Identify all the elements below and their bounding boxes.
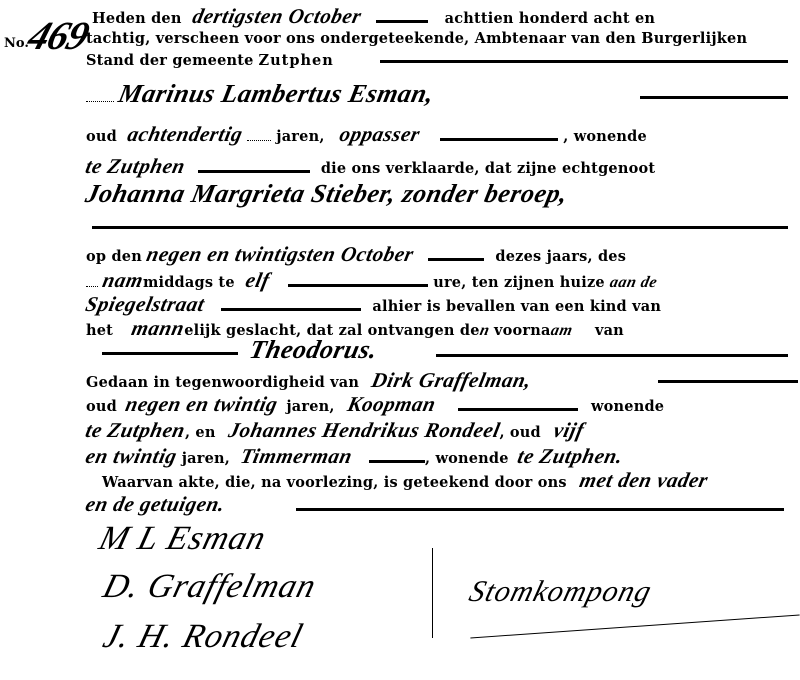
fill-rule xyxy=(376,10,428,23)
child-sex: mann xyxy=(130,318,186,338)
fill-dots xyxy=(86,272,98,287)
printed-text: oud xyxy=(86,398,117,415)
signature-witness-2: J. H. Rondeel xyxy=(99,618,307,656)
printed-text: die ons verklaarde, dat zijne echtgenoot xyxy=(321,160,655,177)
line-16: en twintig jaren, Timmerman , wonende te… xyxy=(86,446,622,469)
signature-registrar: Stomkompong xyxy=(465,575,655,609)
fill-dots xyxy=(86,87,114,102)
fill-dots xyxy=(247,126,271,141)
birth-hour: elf xyxy=(244,270,272,290)
printed-text: dezes jaars, des xyxy=(495,248,626,265)
line-7: Johanna Margrieta Stieber, zonder beroep… xyxy=(86,184,567,207)
witness-2-name: Johannes Hendrikus Rondeel xyxy=(226,420,501,440)
fill-rule xyxy=(640,96,788,99)
line-6: te Zutphen die ons verklaarde, dat zijne… xyxy=(86,156,655,179)
fill-rule xyxy=(102,352,238,355)
printed-text: het xyxy=(86,322,113,339)
certificate-page: No. 469 Heden den dertigsten October ach… xyxy=(0,0,800,680)
printed-text: alhier is bevallen van een kind van xyxy=(372,298,661,315)
line-14: oud negen en twintig jaren, Koopman wone… xyxy=(86,394,664,417)
signature-father: M L Esman xyxy=(95,520,270,558)
fill-rule xyxy=(380,60,788,63)
line-8: op den negen en twintigsten October deze… xyxy=(86,244,626,267)
printed-text: voorna xyxy=(494,322,551,339)
signing-note-continued: en de getuigen. xyxy=(84,494,227,514)
printed-text: Gedaan in tegenwoordigheid van xyxy=(86,374,359,391)
printed-text: op den xyxy=(86,248,142,265)
fill-rule xyxy=(440,128,558,141)
certificate-number: 469 xyxy=(22,12,94,59)
printed-text: , wonende xyxy=(425,450,509,467)
signing-note: met den vader xyxy=(578,470,710,490)
father-age: achtendertig xyxy=(126,124,245,144)
line-5: oud achtendertig jaren, oppasser , wonen… xyxy=(86,124,647,147)
father-occupation: oppasser xyxy=(337,124,421,144)
fill-rule xyxy=(458,398,578,411)
printed-text: jaren, xyxy=(276,128,324,145)
signature-witness-1: D. Graffelman xyxy=(99,568,321,606)
line-13: Gedaan in tegenwoordigheid van Dirk Graf… xyxy=(86,370,531,393)
fill-rule xyxy=(288,274,428,287)
printed-text: oud xyxy=(86,128,117,145)
witness-1-age: negen en twintig xyxy=(124,394,280,414)
handwritten-suffix: am xyxy=(548,321,574,341)
witness-2-residence: te Zutphen. xyxy=(515,446,624,466)
line-12: Theodorus. xyxy=(250,340,377,363)
signature-divider xyxy=(432,548,433,638)
birth-address-prefix: aan de xyxy=(608,273,659,293)
printed-text: van xyxy=(595,322,624,339)
father-residence: te Zutphen xyxy=(84,156,187,176)
fill-rule xyxy=(221,298,361,311)
witness-2-age-part1: vijf xyxy=(552,420,586,440)
printed-text: Stand der gemeente xyxy=(86,52,254,69)
birth-date: negen en twintigsten October xyxy=(145,244,416,264)
printed-text: , wonende xyxy=(563,128,647,145)
printed-text: jaren, xyxy=(286,398,334,415)
printed-text: ure, ten zijnen huize xyxy=(433,274,605,291)
printed-text: , oud xyxy=(499,424,540,441)
line-2: tachtig, verscheen voor ons ondergeteeke… xyxy=(86,28,747,49)
printed-text: jaren, xyxy=(182,450,230,467)
line-18: en de getuigen. xyxy=(86,494,225,516)
birth-street: Spiegelstraat xyxy=(84,294,207,314)
fill-rule xyxy=(369,450,425,463)
fill-rule xyxy=(296,508,784,511)
fill-rule xyxy=(198,160,310,173)
line-17: Waarvan akte, die, na voorlezing, is get… xyxy=(102,470,707,493)
fill-rule xyxy=(428,248,484,261)
witness-2-occupation: Timmerman xyxy=(239,446,354,466)
line-10: Spiegelstraat alhier is bevallen van een… xyxy=(86,294,661,317)
handwritten-date: dertigsten October xyxy=(190,6,362,26)
municipality-name: Zutphen xyxy=(259,52,334,69)
printed-text: Heden den xyxy=(92,10,182,27)
signature-underline xyxy=(470,614,799,638)
witness-2-age-part2: en twintig xyxy=(84,446,179,466)
witness-1-name: Dirk Graffelman, xyxy=(370,370,534,390)
father-name: Marinus Lambertus Esman, xyxy=(117,84,436,104)
child-given-name: Theodorus. xyxy=(248,340,379,360)
printed-text: middags te xyxy=(143,274,235,291)
time-of-day: nam xyxy=(101,270,145,290)
witness-1-residence: te Zutphen xyxy=(84,420,187,440)
printed-text: Waarvan akte, die, na voorlezing, is get… xyxy=(102,474,567,491)
printed-text: , en xyxy=(185,424,216,441)
printed-text: tachtig, verscheen voor ons ondergeteeke… xyxy=(86,30,747,47)
printed-text: achttien honderd acht en xyxy=(445,10,656,27)
line-4: Marinus Lambertus Esman, xyxy=(86,84,434,107)
fill-rule xyxy=(436,354,788,357)
line-3: Stand der gemeente Zutphen xyxy=(86,50,334,71)
mother-name: Johanna Margrieta Stieber, zonder beroep… xyxy=(84,184,570,204)
witness-1-occupation: Koopman xyxy=(345,394,437,414)
line-15: te Zutphen, en Johannes Hendrikus Rondee… xyxy=(86,420,584,443)
fill-rule xyxy=(92,226,788,229)
line-1: Heden den dertigsten October achttien ho… xyxy=(92,6,655,29)
printed-text: wonende xyxy=(591,398,664,415)
line-9: nammiddags te elf ure, ten zijnen huize … xyxy=(86,270,657,293)
fill-rule xyxy=(658,380,798,383)
